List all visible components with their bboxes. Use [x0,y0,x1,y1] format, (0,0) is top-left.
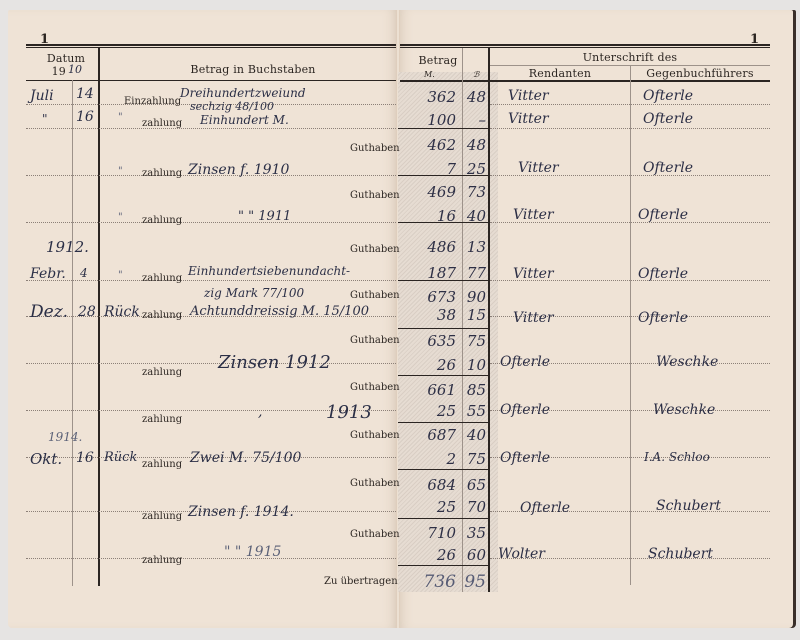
gegenbuch-signature: I.A. Schloo [644,450,710,464]
entry-text: 1913 [326,402,372,423]
amount-pfennig: 77 [464,264,486,282]
datum-header: Datum [36,52,96,65]
rendanten-header: Rendanten [490,67,630,80]
ditto-mark: " [118,166,123,177]
amount-mark: 100 [404,111,456,129]
year-note: 1912. [46,238,89,256]
ditto-mark: " [118,212,123,223]
entry-text: Zinsen f. 1910 [188,162,289,178]
amount-mark: 25 [404,498,456,516]
header-rule-left [26,80,396,81]
entry-month: Juli [30,88,54,104]
ditto-mark: " [118,270,123,281]
entry-text: Zinsen f. 1914. [188,504,294,520]
betrag-header: Betrag [413,54,463,67]
amount-pfennig: 10 [464,356,486,374]
balance-pfennig: 85 [464,381,486,399]
guthaben-label: Guthaben [350,244,400,255]
entry-text: " " 1915 [224,544,281,560]
entry-day: 28 [78,304,96,320]
gegenbuch-signature: Schubert [648,546,713,562]
balance-mark: 462 [404,136,456,154]
entry-day: 4 [80,266,88,280]
amount-mark: 38 [404,306,456,324]
rendant-signature: Ofterle [500,450,550,466]
balance-rule [398,565,488,566]
guthaben-label: Guthaben [350,382,400,393]
gegenbuchfuehrer-header: Gegenbuchführers [630,67,770,80]
rendant-signature: Ofterle [520,500,570,516]
entry-text: sechzig 48/100 [190,100,274,113]
entry-text: Zinsen 1912 [218,352,331,373]
top-rule-right [400,44,770,46]
row-line [26,363,396,364]
balance-pfennig: 40 [464,426,486,444]
entry-type: zahlung [142,367,182,378]
balance-rule [398,422,488,423]
balance-pfennig: 73 [464,183,486,201]
balance-mark: 687 [404,426,456,444]
balance-mark: 661 [404,381,456,399]
amount-pfennig: 15 [464,306,486,324]
balance-mark: 486 [404,238,456,256]
entry-text: zig Mark 77/100 [204,286,304,300]
guthaben-label: Guthaben [350,190,400,201]
amount-mark: 26 [404,546,456,564]
rendant-signature: Vitter [513,310,554,326]
entry-type: zahlung [142,118,182,129]
carry-forward-label: Zu übertragen [324,576,398,587]
balance-rule [398,375,488,376]
balance-mark: 710 [404,524,456,542]
passbook-spread: 1 1 Datum 19 10 Betrag in Buchstaben Bet… [8,10,793,628]
balance-pfennig: 13 [464,238,486,256]
balance-rule [398,518,488,519]
rendant-signature: Ofterle [500,354,550,370]
row-line [26,280,396,281]
entry-day: 14 [76,86,94,102]
betrag-buchstaben-header: Betrag in Buchstaben [108,63,398,76]
rendant-signature: Vitter [513,266,554,282]
top-rule-left [26,44,396,46]
entry-type: zahlung [142,414,182,425]
ditto-mark: " [118,112,123,123]
amount-pfennig: – [464,111,486,129]
entry-month: Dez. [30,302,68,322]
amount-mark: 16 [404,207,456,225]
gegenbuch-signature: Ofterle [643,111,693,127]
gegenbuch-signature: Ofterle [643,160,693,176]
amount-mark: 26 [404,356,456,374]
guthaben-label: Guthaben [350,529,400,540]
amount-mark: 187 [404,264,456,282]
gegenbuch-signature: Ofterle [638,266,688,282]
amount-mark: 25 [404,402,456,420]
row-line [490,104,770,105]
balance-rule [398,469,488,470]
row-line [26,558,396,559]
header-rule-right [400,80,770,82]
guthaben-label: Guthaben [350,335,400,346]
entry-type: Einzahlung [124,96,181,107]
row-line [26,128,396,129]
entry-type: zahlung [142,511,182,522]
pfennig-subheader: ℬ [473,70,479,79]
balance-pfennig: 35 [464,524,486,542]
entry-month: Febr. [30,266,66,282]
signature-split-rule [630,65,631,585]
rendant-signature: Vitter [513,207,554,223]
balance-pfennig: 48 [464,136,486,154]
rendant-signature: Vitter [508,111,549,127]
rendant-signature: Ofterle [500,402,550,418]
entry-text: " " 1911 [238,209,291,224]
entry-type: zahlung [142,215,182,226]
row-line [26,222,396,223]
year-handwritten: 10 [68,63,82,76]
balance-mark: 635 [404,332,456,350]
top-rule-right-2 [400,47,770,48]
row-line [490,128,770,129]
amount-pfennig: 40 [464,207,486,225]
gegenbuch-signature: Ofterle [638,310,688,326]
amount-mark: 362 [404,88,456,106]
entry-text: Achtunddreissig M. 15/100 [190,304,369,319]
entry-month: Okt. [30,450,62,468]
amount-mark: 2 [404,450,456,468]
rendant-signature: Vitter [508,88,549,104]
entry-prefix: Rück [104,450,137,465]
year-prefix: 19 [46,65,66,78]
entry-text: Einhundertsiebenundacht- [188,264,350,278]
entry-type: zahlung [142,168,182,179]
entry-day: 16 [76,450,94,466]
amount-pfennig: 55 [464,402,486,420]
amount-mark: 7 [404,160,456,178]
entry-prefix: Rück [104,304,140,320]
amount-pfennig: 25 [464,160,486,178]
carry-forward-pfennig: 95 [464,572,486,592]
gegenbuch-signature: Weschke [656,354,718,370]
rendant-signature: Wolter [498,546,545,562]
entry-type: zahlung [142,459,182,470]
amount-pfennig: 75 [464,450,486,468]
unterschrift-header: Unterschrift des [490,51,770,64]
gegenbuch-signature: Ofterle [638,207,688,223]
entry-month: " [42,112,48,126]
guthaben-label: Guthaben [350,478,400,489]
guthaben-label: Guthaben [350,430,400,441]
pfennig-column-rule [462,48,463,592]
signature-subheader-rule [488,65,770,66]
amount-pfennig: 60 [464,546,486,564]
balance-pfennig: 90 [464,288,486,306]
mark-subheader: M. [424,70,435,79]
gegenbuch-signature: Ofterle [643,88,693,104]
balance-mark: 673 [404,288,456,306]
amount-pfennig: 48 [464,88,486,106]
entry-day: 16 [76,109,94,125]
carry-forward-mark: 736 [404,572,456,592]
guthaben-label: Guthaben [350,143,400,154]
rendant-signature: Vitter [518,160,559,176]
balance-pfennig: 75 [464,332,486,350]
balance-rule [398,328,488,329]
guthaben-label: Guthaben [350,290,400,301]
entry-type: zahlung [142,555,182,566]
amount-pfennig: 70 [464,498,486,516]
balance-mark: 469 [404,183,456,201]
entry-text: Dreihundertzweiund [180,86,306,100]
balance-pfennig: 65 [464,476,486,494]
top-rule-left-2 [26,47,396,48]
entry-text-ditto: , [258,404,262,420]
gegenbuch-signature: Weschke [653,402,715,418]
year-note: 1914. [48,430,82,444]
entry-text: Einhundert M. [200,113,289,127]
balance-mark: 684 [404,476,456,494]
entry-type: zahlung [142,273,182,284]
entry-text: Zwei M. 75/100 [190,450,301,466]
gegenbuch-signature: Schubert [656,498,721,514]
entry-type: zahlung [142,310,182,321]
